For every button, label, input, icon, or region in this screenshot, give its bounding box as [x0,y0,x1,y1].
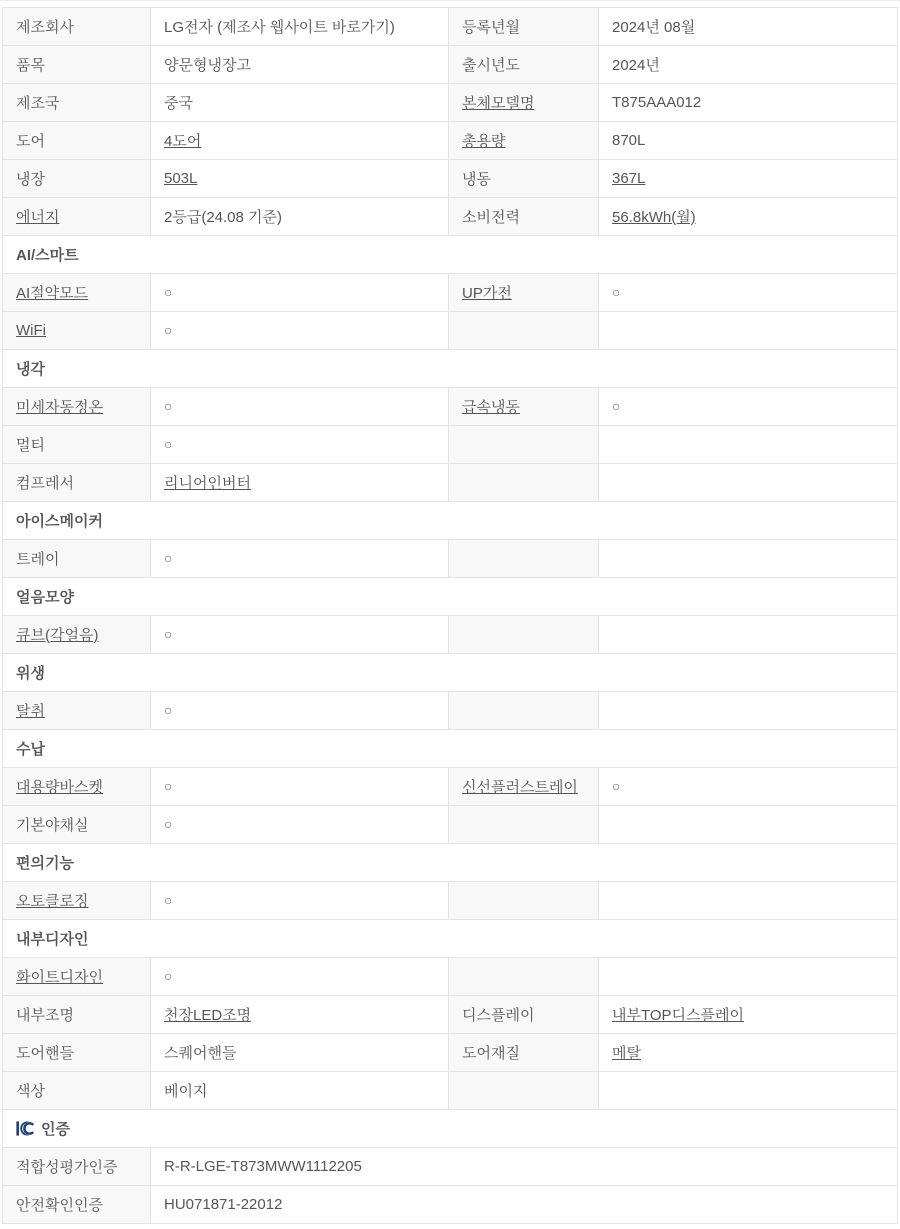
spec-value-cell: ○ [599,388,898,426]
spec-value-cell [599,1072,898,1110]
spec-value-cell: 리니어인버터 [151,464,449,502]
spec-value-cell: 367L [599,160,898,198]
spec-value: 양문형냉장고 [164,57,251,74]
spec-label-cell [449,616,599,654]
cert-value-cell: R-R-LGE-T873MWW1112205 [151,1148,898,1186]
spec-label-cell: 총용량 [449,122,599,160]
section-row: 수납 [3,730,898,768]
spec-label-cell [449,426,599,464]
spec-label-cell: 멀티 [3,426,151,464]
section-header-cell: AI/스마트 [3,236,898,274]
spec-label-cell: 급속냉동 [449,388,599,426]
spec-label: 제조회사 [16,19,74,36]
spec-label-cell: 트레이 [3,540,151,578]
spec-value-cell: 천장LED조명 [151,996,449,1034]
section-header-cell: 수납 [3,730,898,768]
feature-circle-mark: ○ [164,322,172,338]
section-row: 내부디자인 [3,920,898,958]
spec-value-cell: 2024년 08월 [599,8,898,46]
feature-circle-mark: ○ [612,284,620,300]
page-top-divider [0,0,900,1]
spec-value-cell: 4도어 [151,122,449,160]
spec-value-cell: 870L [599,122,898,160]
section-row: 편의기능 [3,844,898,882]
spec-label-cell [449,692,599,730]
section-row: 얼음모양 [3,578,898,616]
spec-label-cell: 제조국 [3,84,151,122]
spec-value-cell: ○ [151,958,449,996]
spec-label-cell: 품목 [3,46,151,84]
spec-value-cell [599,540,898,578]
feature-circle-mark: ○ [164,778,172,794]
spec-label: 내부조명 [16,1007,74,1024]
feature-circle-mark: ○ [164,550,172,566]
spec-label-cell: 도어 [3,122,151,160]
spec-link[interactable]: 총용량 [462,133,505,150]
section-header-cell: 아이스메이커 [3,502,898,540]
spec-value-cell: 56.8kWh(월) [599,198,898,236]
table-row: 제조국중국본체모델명T875AAA012 [3,84,898,122]
spec-label-cell [449,464,599,502]
feature-circle-mark: ○ [164,436,172,452]
section-row: 위생 [3,654,898,692]
spec-label-cell: 제조회사 [3,8,151,46]
table-row: 탈취○ [3,692,898,730]
section-header-cell: 냉각 [3,350,898,388]
spec-value: T875AAA012 [612,94,701,111]
section-header-cell: 내부디자인 [3,920,898,958]
spec-label-cell: 큐브(각얼음) [3,616,151,654]
spec-link[interactable]: 오토클로징 [16,893,88,910]
feature-circle-mark: ○ [164,626,172,642]
spec-label-cell [449,540,599,578]
spec-label-cell: 색상 [3,1072,151,1110]
spec-link[interactable]: UP가전 [462,285,512,302]
table-row: 제조회사LG전자 (제조사 웹사이트 바로가기)등록년월2024년 08월 [3,8,898,46]
spec-label-cell: 탈취 [3,692,151,730]
spec-value-cell: T875AAA012 [599,84,898,122]
cert-row: 안전확인인증HU071871-22012 [3,1186,898,1224]
spec-value-cell: ○ [151,616,449,654]
spec-value-cell: ○ [599,274,898,312]
spec-value-cell [599,806,898,844]
cert-value: HU071871-22012 [164,1196,282,1213]
table-row: 도어4도어총용량870L [3,122,898,160]
spec-value-cell: ○ [151,312,449,350]
spec-label-cell [449,312,599,350]
section-title: 위생 [16,665,45,682]
table-row: 멀티○ [3,426,898,464]
section-row: AI/스마트 [3,236,898,274]
spec-label: 기본야채실 [16,817,88,834]
spec-link[interactable]: 신선플러스트레이 [462,779,578,796]
spec-label: 컴프레서 [16,475,74,492]
spec-label: 도어핸들 [16,1045,74,1062]
spec-link[interactable]: 56.8kWh(월) [612,209,696,226]
cert-label-cell: 적합성평가인증 [3,1148,151,1186]
spec-label-cell: 디스플레이 [449,996,599,1034]
spec-label-cell: WiFi [3,312,151,350]
spec-value-cell: 스퀘어핸들 [151,1034,449,1072]
feature-circle-mark: ○ [164,398,172,414]
spec-label-cell: 냉장 [3,160,151,198]
spec-label: 출시년도 [462,57,520,74]
spec-link[interactable]: 리니어인버터 [164,475,251,492]
spec-value: 중국 [164,95,193,112]
feature-circle-mark: ○ [164,284,172,300]
spec-value-cell: ○ [151,388,449,426]
cert-row: 적합성평가인증R-R-LGE-T873MWW1112205 [3,1148,898,1186]
spec-label-cell: 냉동 [449,160,599,198]
spec-value: 2024년 [612,57,660,74]
section-header-cell: 위생 [3,654,898,692]
section-header-cell: 얼음모양 [3,578,898,616]
table-row: 미세자동정온○급속냉동○ [3,388,898,426]
table-row: WiFi○ [3,312,898,350]
spec-value-cell: 메탈 [599,1034,898,1072]
kc-certification-icon [16,1120,34,1137]
table-row: 도어핸들스퀘어핸들도어재질메탈 [3,1034,898,1072]
spec-value: 2024년 08월 [612,19,695,36]
spec-label: 제조국 [16,95,59,112]
spec-link[interactable]: 큐브(각얼음) [16,627,98,644]
spec-link[interactable]: 내부TOP디스플레이 [612,1007,744,1024]
spec-table-body: 제조회사LG전자 (제조사 웹사이트 바로가기)등록년월2024년 08월품목양… [3,8,898,1224]
spec-link[interactable]: 화이트디자인 [16,969,103,986]
cert-label: 안전확인인증 [16,1197,103,1214]
spec-value-cell: 2024년 [599,46,898,84]
spec-label-cell: 소비전력 [449,198,599,236]
spec-label-cell: 에너지 [3,198,151,236]
spec-value-cell: 베이지 [151,1072,449,1110]
spec-value-cell: ○ [151,692,449,730]
spec-value-cell: ○ [151,274,449,312]
table-row: 큐브(각얼음)○ [3,616,898,654]
spec-label: 등록년월 [462,19,520,36]
spec-label-cell: 기본야채실 [3,806,151,844]
spec-label-cell: 오토클로징 [3,882,151,920]
spec-link[interactable]: 탈취 [16,703,45,720]
section-row: 아이스메이커 [3,502,898,540]
spec-label-cell [449,1072,599,1110]
spec-label-cell: 신선플러스트레이 [449,768,599,806]
table-row: 에너지2등급(24.08 기준)소비전력56.8kWh(월) [3,198,898,236]
spec-value: 2등급(24.08 기준) [164,209,282,226]
spec-value-cell: ○ [151,540,449,578]
spec-value-cell [599,426,898,464]
spec-label-cell: 화이트디자인 [3,958,151,996]
section-title: 아이스메이커 [16,513,103,530]
spec-label-cell: 등록년월 [449,8,599,46]
cert-label-cell: 안전확인인증 [3,1186,151,1224]
table-row: 색상베이지 [3,1072,898,1110]
feature-circle-mark: ○ [164,968,172,984]
cert-label: 적합성평가인증 [16,1159,117,1176]
spec-label-cell: 내부조명 [3,996,151,1034]
spec-label: 도어 [16,133,45,150]
spec-link[interactable]: 미세자동정온 [16,399,103,416]
section-title: 인증 [41,1121,70,1138]
spec-link[interactable]: WiFi [16,322,46,339]
spec-label-cell: 도어재질 [449,1034,599,1072]
table-row: AI절약모드○UP가전○ [3,274,898,312]
spec-value-cell: 503L [151,160,449,198]
table-row: 품목양문형냉장고출시년도2024년 [3,46,898,84]
table-row: 화이트디자인○ [3,958,898,996]
spec-label-cell: 도어핸들 [3,1034,151,1072]
spec-value-cell [599,882,898,920]
spec-value-cell [599,958,898,996]
feature-circle-mark: ○ [164,702,172,718]
section-row: 냉각 [3,350,898,388]
spec-label: 멀티 [16,437,45,454]
spec-label: 색상 [16,1083,45,1100]
spec-label-cell: 컴프레서 [3,464,151,502]
section-title: 내부디자인 [16,931,88,948]
table-row: 냉장503L냉동367L [3,160,898,198]
spec-value-cell [599,692,898,730]
spec-label: 품목 [16,57,45,74]
table-row: 트레이○ [3,540,898,578]
cert-value-cell: HU071871-22012 [151,1186,898,1224]
spec-label: 소비전력 [462,209,520,226]
feature-circle-mark: ○ [164,892,172,908]
spec-label-cell: AI절약모드 [3,274,151,312]
section-row: 인증 [3,1110,898,1148]
spec-label-cell [449,806,599,844]
spec-value: 베이지 [164,1083,207,1100]
spec-link[interactable]: 367L [612,170,645,187]
spec-label-cell [449,882,599,920]
spec-value-cell [599,464,898,502]
spec-link[interactable]: AI절약모드 [16,285,88,302]
table-row: 대용량바스켓○신선플러스트레이○ [3,768,898,806]
product-spec-table: 제조회사LG전자 (제조사 웹사이트 바로가기)등록년월2024년 08월품목양… [2,7,898,1224]
spec-link[interactable]: 천장LED조명 [164,1007,251,1024]
spec-link[interactable]: 503L [164,170,197,187]
spec-value-cell: ○ [151,768,449,806]
spec-label: 냉동 [462,171,491,188]
section-title: AI/스마트 [16,247,79,264]
spec-value: LG전자 (제조사 웹사이트 바로가기) [164,19,395,36]
spec-label: 냉장 [16,171,45,188]
spec-link[interactable]: 4도어 [164,133,201,150]
spec-label-cell: 본체모델명 [449,84,599,122]
spec-label-cell: UP가전 [449,274,599,312]
spec-value: 스퀘어핸들 [164,1045,236,1062]
section-title: 얼음모양 [16,589,74,606]
spec-value-cell: ○ [599,768,898,806]
spec-label: 디스플레이 [462,1007,534,1024]
spec-link[interactable]: 급속냉동 [462,399,520,416]
table-row: 내부조명천장LED조명디스플레이내부TOP디스플레이 [3,996,898,1034]
table-row: 기본야채실○ [3,806,898,844]
spec-label: 트레이 [16,551,59,568]
spec-label-cell: 출시년도 [449,46,599,84]
section-title: 수납 [16,741,45,758]
spec-value-cell [599,616,898,654]
spec-value-cell [599,312,898,350]
spec-link[interactable]: 대용량바스켓 [16,779,103,796]
spec-value-cell: 2등급(24.08 기준) [151,198,449,236]
section-title: 편의기능 [16,855,74,872]
spec-link[interactable]: 에너지 [16,209,59,226]
table-row: 오토클로징○ [3,882,898,920]
feature-circle-mark: ○ [612,398,620,414]
table-row: 컴프레서리니어인버터 [3,464,898,502]
spec-value-cell: LG전자 (제조사 웹사이트 바로가기) [151,8,449,46]
spec-value: 870L [612,132,645,149]
spec-link[interactable]: 메탈 [612,1045,641,1062]
spec-value-cell: ○ [151,882,449,920]
spec-value-cell: ○ [151,426,449,464]
spec-label-cell [449,958,599,996]
section-header-cell: 편의기능 [3,844,898,882]
feature-circle-mark: ○ [612,778,620,794]
section-header-cell: 인증 [3,1110,898,1148]
spec-value-cell: 양문형냉장고 [151,46,449,84]
spec-value-cell: 내부TOP디스플레이 [599,996,898,1034]
spec-value-cell: 중국 [151,84,449,122]
cert-value: R-R-LGE-T873MWW1112205 [164,1158,362,1175]
spec-label-cell: 대용량바스켓 [3,768,151,806]
spec-label-cell: 미세자동정온 [3,388,151,426]
spec-link[interactable]: 본체모델명 [462,95,534,112]
section-title: 냉각 [16,361,45,378]
feature-circle-mark: ○ [164,816,172,832]
spec-label: 도어재질 [462,1045,520,1062]
spec-value-cell: ○ [151,806,449,844]
